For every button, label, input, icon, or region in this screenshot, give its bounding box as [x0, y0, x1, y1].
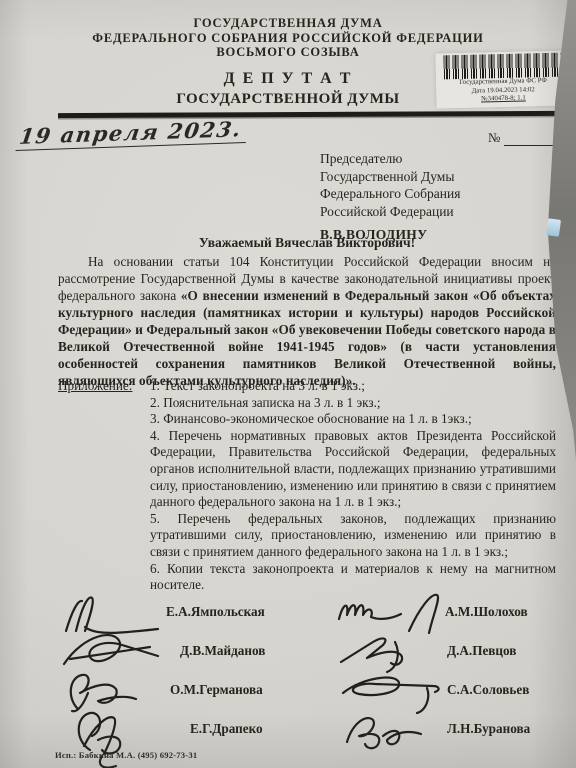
signatory-name: Е.Г.Драпеко — [190, 721, 263, 737]
org-line-1: ГОСУДАРСТВЕННАЯ ДУМА — [0, 16, 576, 31]
executor-line: Исп.: Бабкина М.А. (495) 692-73-31 — [55, 750, 197, 760]
addressee-line: Государственной Думы — [320, 168, 460, 186]
number-blank-line — [504, 132, 562, 146]
signature-squiggle — [335, 591, 445, 633]
signature-row: А.М.Шолохов — [307, 592, 556, 631]
barcode-icon — [443, 53, 562, 80]
signatory-name: О.М.Германова — [170, 682, 263, 698]
addressee-line: Российской Федерации — [320, 203, 460, 221]
document-page: ГОСУДАРСТВЕННАЯ ДУМА ФЕДЕРАЛЬНОГО СОБРАН… — [0, 0, 576, 768]
signature-row: О.М.Германова — [58, 670, 307, 709]
signature-row: Д.А.Певцов — [307, 631, 556, 670]
number-label: № — [488, 130, 500, 145]
signatures-block: Е.А.Ямпольская А.М.Шолохов Д.В.Майданов — [58, 592, 556, 748]
signature-squiggle — [58, 708, 190, 750]
signature-squiggle — [58, 630, 180, 672]
attachment-item: 2. Пояснительная записка на 3 л. в 1 экз… — [150, 395, 556, 412]
signature-squiggle — [335, 669, 447, 711]
attachment-item: 5. Перечень федеральных законов, подлежа… — [150, 511, 556, 561]
addressee-line: Федерального Собрания — [320, 185, 460, 203]
header-divider — [58, 111, 556, 118]
signature-row: С.А.Соловьев — [307, 670, 556, 709]
signatory-name: Л.Н.Буранова — [447, 721, 530, 737]
law-title: «О внесении изменений в Федеральный зако… — [58, 288, 556, 388]
body-paragraph: На основании статьи 104 Конституции Росс… — [58, 253, 556, 389]
attachments-label: Приложение: — [58, 378, 150, 594]
signatory-name: Д.А.Певцов — [447, 643, 516, 659]
signature-squiggle — [335, 630, 447, 672]
signature-row: Е.А.Ямпольская — [58, 592, 307, 631]
attachment-item: 4. Перечень нормативных правовых актов П… — [150, 428, 556, 511]
signatory-name: С.А.Соловьев — [447, 682, 529, 698]
stamp-number: №340478-8; 1.1 — [438, 94, 568, 105]
signature-squiggle — [58, 669, 170, 711]
signature-squiggle — [58, 591, 166, 633]
signatory-name: Д.В.Майданов — [180, 643, 265, 659]
registration-stamp: Государственная Дума ФС РФ Дата 19.04.20… — [435, 50, 570, 108]
signatory-name: Е.А.Ямпольская — [166, 604, 265, 620]
photo-background: ГОСУДАРСТВЕННАЯ ДУМА ФЕДЕРАЛЬНОГО СОБРАН… — [0, 0, 576, 768]
attachment-item: 6. Копии текста законопроекта и материал… — [150, 561, 556, 594]
attachments-list: 1. Текст законопроекта на 3 л. в 1 экз.;… — [150, 378, 556, 594]
paper-edge-reflection — [546, 218, 561, 237]
attachments-section: Приложение: 1. Текст законопроекта на 3 … — [58, 378, 556, 594]
addressee-block: Председателю Государственной Думы Федера… — [320, 150, 460, 244]
salutation: Уважаемый Вячеслав Викторович! — [58, 235, 556, 251]
signature-row: Л.Н.Буранова — [307, 709, 556, 748]
addressee-line: Председателю — [320, 150, 460, 168]
signature-row: Е.Г.Драпеко — [58, 709, 307, 748]
attachment-item: 1. Текст законопроекта на 3 л. в 1 экз.; — [150, 378, 556, 395]
signature-row: Д.В.Майданов — [58, 631, 307, 670]
handwritten-date: 19 апреля 2023. — [15, 116, 249, 151]
signatory-name: А.М.Шолохов — [445, 604, 528, 620]
signature-squiggle — [335, 708, 447, 750]
attachment-item: 3. Финансово-экономическое обоснование н… — [150, 411, 556, 428]
outgoing-number: № — [488, 130, 562, 146]
org-line-2: ФЕДЕРАЛЬНОГО СОБРАНИЯ РОССИЙСКОЙ ФЕДЕРАЦ… — [0, 31, 576, 46]
